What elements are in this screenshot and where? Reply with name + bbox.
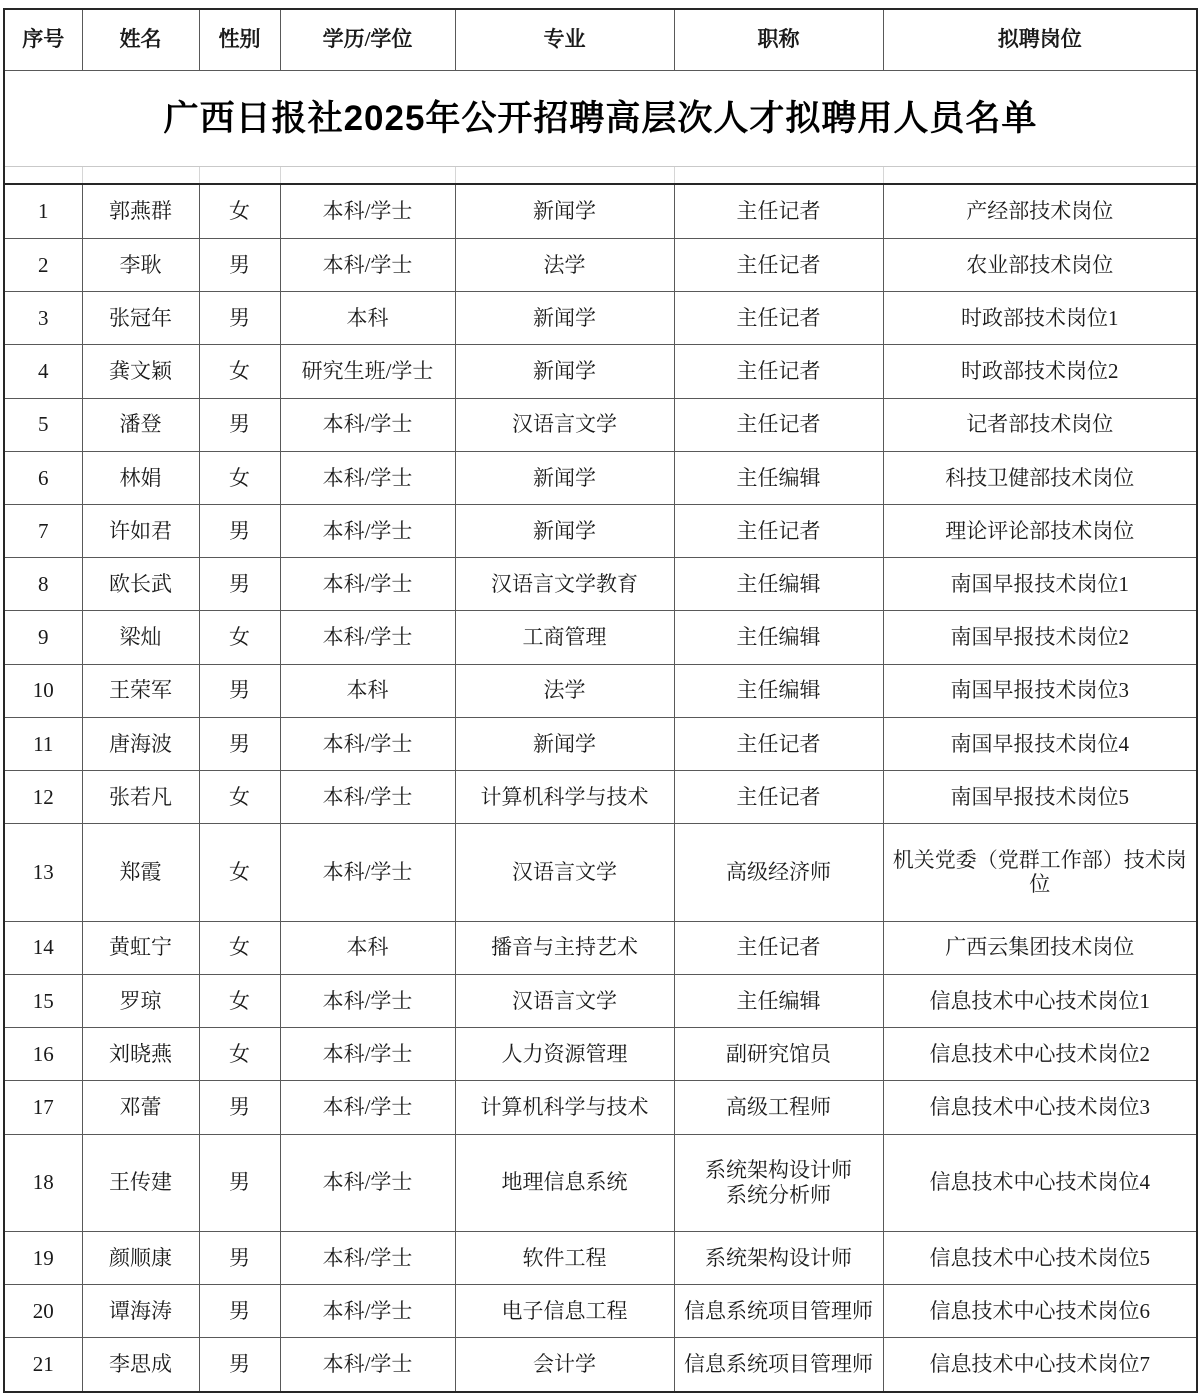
cell-job_title: 主任记者 (674, 505, 883, 558)
cell-name: 潘登 (82, 398, 199, 451)
cell-name: 黄虹宁 (82, 921, 199, 974)
header-cell-education: 学历/学位 (280, 9, 455, 70)
cell-major: 新闻学 (455, 184, 674, 238)
cell-name: 刘晓燕 (82, 1028, 199, 1081)
cell-gender: 女 (199, 1028, 280, 1081)
cell-name: 谭海涛 (82, 1285, 199, 1338)
cell-gender: 男 (199, 1134, 280, 1231)
cell-job_title: 主任记者 (674, 292, 883, 345)
cell-position: 信息技术中心技术岗位2 (883, 1028, 1197, 1081)
recruitment-roster-table: 广西日报社2025年公开招聘高层次人才拟聘用人员名单 序号 姓名 性别 学历/学… (3, 8, 1198, 1393)
cell-position: 信息技术中心技术岗位4 (883, 1134, 1197, 1231)
cell-major: 新闻学 (455, 451, 674, 504)
cell-major: 汉语言文学 (455, 824, 674, 921)
cell-position: 信息技术中心技术岗位6 (883, 1285, 1197, 1338)
cell-job_title: 主任记者 (674, 771, 883, 824)
table-row: 19颜顺康男本科/学士软件工程系统架构设计师信息技术中心技术岗位5 (4, 1231, 1197, 1284)
cell-no: 20 (4, 1285, 82, 1338)
header-row: 序号 姓名 性别 学历/学位 专业 职称 拟聘岗位 (4, 9, 1197, 70)
cell-gender: 男 (199, 1231, 280, 1284)
header-cell-job-title: 职称 (674, 9, 883, 70)
cell-education: 本科/学士 (280, 451, 455, 504)
table-header: 序号 姓名 性别 学历/学位 专业 职称 拟聘岗位 (4, 9, 1197, 70)
cell-education: 本科/学士 (280, 974, 455, 1027)
cell-education: 本科/学士 (280, 717, 455, 770)
cell-gender: 男 (199, 292, 280, 345)
cell-major: 会计学 (455, 1338, 674, 1392)
cell-gender: 女 (199, 184, 280, 238)
cell-gender: 男 (199, 717, 280, 770)
table-row: 2李耿男本科/学士法学主任记者农业部技术岗位 (4, 238, 1197, 291)
cell-job_title: 主任编辑 (674, 974, 883, 1027)
cell-position: 农业部技术岗位 (883, 238, 1197, 291)
cell-position: 信息技术中心技术岗位3 (883, 1081, 1197, 1134)
cell-name: 梁灿 (82, 611, 199, 664)
cell-position: 信息技术中心技术岗位1 (883, 974, 1197, 1027)
cell-gender: 男 (199, 1081, 280, 1134)
cell-no: 8 (4, 558, 82, 611)
cell-education: 本科 (280, 664, 455, 717)
cell-job_title: 系统架构设计师 (674, 1231, 883, 1284)
table-row: 16刘晓燕女本科/学士人力资源管理副研究馆员信息技术中心技术岗位2 (4, 1028, 1197, 1081)
table-body: 1郭燕群女本科/学士新闻学主任记者产经部技术岗位2李耿男本科/学士法学主任记者农… (4, 184, 1197, 1392)
cell-job_title: 副研究馆员 (674, 1028, 883, 1081)
table-row: 11唐海波男本科/学士新闻学主任记者南国早报技术岗位4 (4, 717, 1197, 770)
cell-no: 17 (4, 1081, 82, 1134)
cell-position: 南国早报技术岗位5 (883, 771, 1197, 824)
cell-name: 郭燕群 (82, 184, 199, 238)
cell-no: 13 (4, 824, 82, 921)
cell-major: 法学 (455, 664, 674, 717)
table-row: 4龚文颖女研究生班/学士新闻学主任记者时政部技术岗位2 (4, 345, 1197, 398)
cell-job_title: 主任记者 (674, 921, 883, 974)
cell-position: 南国早报技术岗位2 (883, 611, 1197, 664)
title-section: 广西日报社2025年公开招聘高层次人才拟聘用人员名单 (4, 70, 1197, 184)
cell-name: 罗琼 (82, 974, 199, 1027)
cell-job_title: 主任编辑 (674, 611, 883, 664)
cell-education: 本科 (280, 921, 455, 974)
cell-name: 邓蕾 (82, 1081, 199, 1134)
header-cell-major: 专业 (455, 9, 674, 70)
cell-position: 广西云集团技术岗位 (883, 921, 1197, 974)
gap-row (4, 167, 1197, 185)
cell-no: 18 (4, 1134, 82, 1231)
cell-major: 人力资源管理 (455, 1028, 674, 1081)
table-row: 3张冠年男本科新闻学主任记者时政部技术岗位1 (4, 292, 1197, 345)
header-cell-name: 姓名 (82, 9, 199, 70)
table-row: 18王传建男本科/学士地理信息系统系统架构设计师 系统分析师信息技术中心技术岗位… (4, 1134, 1197, 1231)
cell-major: 汉语言文学 (455, 974, 674, 1027)
cell-no: 21 (4, 1338, 82, 1392)
cell-name: 王传建 (82, 1134, 199, 1231)
cell-gender: 男 (199, 505, 280, 558)
table-row: 12张若凡女本科/学士计算机科学与技术主任记者南国早报技术岗位5 (4, 771, 1197, 824)
cell-position: 信息技术中心技术岗位5 (883, 1231, 1197, 1284)
cell-gender: 女 (199, 345, 280, 398)
header-cell-position: 拟聘岗位 (883, 9, 1197, 70)
cell-job_title: 主任编辑 (674, 451, 883, 504)
header-cell-no: 序号 (4, 9, 82, 70)
cell-major: 新闻学 (455, 505, 674, 558)
cell-major: 新闻学 (455, 345, 674, 398)
cell-no: 19 (4, 1231, 82, 1284)
cell-position: 科技卫健部技术岗位 (883, 451, 1197, 504)
cell-gender: 男 (199, 398, 280, 451)
cell-name: 王荣军 (82, 664, 199, 717)
cell-gender: 女 (199, 921, 280, 974)
cell-no: 7 (4, 505, 82, 558)
cell-no: 2 (4, 238, 82, 291)
cell-job_title: 主任编辑 (674, 664, 883, 717)
cell-job_title: 主任记者 (674, 717, 883, 770)
cell-no: 10 (4, 664, 82, 717)
cell-no: 6 (4, 451, 82, 504)
cell-major: 新闻学 (455, 292, 674, 345)
cell-name: 许如君 (82, 505, 199, 558)
cell-gender: 女 (199, 451, 280, 504)
cell-education: 本科 (280, 292, 455, 345)
title-row: 广西日报社2025年公开招聘高层次人才拟聘用人员名单 (4, 70, 1197, 167)
cell-gender: 男 (199, 558, 280, 611)
cell-position: 时政部技术岗位2 (883, 345, 1197, 398)
cell-major: 计算机科学与技术 (455, 1081, 674, 1134)
cell-education: 本科/学士 (280, 1231, 455, 1284)
table-row: 8欧长武男本科/学士汉语言文学教育主任编辑南国早报技术岗位1 (4, 558, 1197, 611)
cell-education: 本科/学士 (280, 1338, 455, 1392)
cell-name: 龚文颖 (82, 345, 199, 398)
cell-education: 本科/学士 (280, 238, 455, 291)
cell-education: 本科/学士 (280, 184, 455, 238)
cell-job_title: 高级工程师 (674, 1081, 883, 1134)
cell-major: 新闻学 (455, 717, 674, 770)
cell-gender: 女 (199, 771, 280, 824)
page-title: 广西日报社2025年公开招聘高层次人才拟聘用人员名单 (4, 70, 1197, 167)
cell-job_title: 信息系统项目管理师 (674, 1338, 883, 1392)
cell-education: 本科/学士 (280, 1285, 455, 1338)
cell-gender: 女 (199, 611, 280, 664)
cell-major: 汉语言文学 (455, 398, 674, 451)
cell-education: 本科/学士 (280, 1028, 455, 1081)
cell-no: 11 (4, 717, 82, 770)
cell-gender: 男 (199, 664, 280, 717)
cell-gender: 女 (199, 824, 280, 921)
cell-name: 郑霞 (82, 824, 199, 921)
table-row: 15罗琼女本科/学士汉语言文学主任编辑信息技术中心技术岗位1 (4, 974, 1197, 1027)
table-row: 14黄虹宁女本科播音与主持艺术主任记者广西云集团技术岗位 (4, 921, 1197, 974)
cell-position: 机关党委（党群工作部）技术岗位 (883, 824, 1197, 921)
cell-position: 南国早报技术岗位3 (883, 664, 1197, 717)
cell-major: 工商管理 (455, 611, 674, 664)
cell-no: 5 (4, 398, 82, 451)
cell-name: 林娟 (82, 451, 199, 504)
table-row: 1郭燕群女本科/学士新闻学主任记者产经部技术岗位 (4, 184, 1197, 238)
cell-education: 本科/学士 (280, 771, 455, 824)
cell-no: 4 (4, 345, 82, 398)
cell-major: 法学 (455, 238, 674, 291)
table-row: 10王荣军男本科法学主任编辑南国早报技术岗位3 (4, 664, 1197, 717)
cell-major: 汉语言文学教育 (455, 558, 674, 611)
cell-no: 15 (4, 974, 82, 1027)
cell-no: 9 (4, 611, 82, 664)
cell-job_title: 系统架构设计师 系统分析师 (674, 1134, 883, 1231)
cell-job_title: 高级经济师 (674, 824, 883, 921)
cell-no: 16 (4, 1028, 82, 1081)
cell-education: 研究生班/学士 (280, 345, 455, 398)
cell-name: 欧长武 (82, 558, 199, 611)
cell-job_title: 信息系统项目管理师 (674, 1285, 883, 1338)
cell-job_title: 主任记者 (674, 345, 883, 398)
cell-major: 软件工程 (455, 1231, 674, 1284)
cell-no: 12 (4, 771, 82, 824)
cell-education: 本科/学士 (280, 611, 455, 664)
cell-job_title: 主任记者 (674, 184, 883, 238)
cell-major: 播音与主持艺术 (455, 921, 674, 974)
cell-major: 地理信息系统 (455, 1134, 674, 1231)
cell-education: 本科/学士 (280, 558, 455, 611)
cell-gender: 男 (199, 1338, 280, 1392)
cell-name: 颜顺康 (82, 1231, 199, 1284)
table-row: 9梁灿女本科/学士工商管理主任编辑南国早报技术岗位2 (4, 611, 1197, 664)
cell-job_title: 主任记者 (674, 238, 883, 291)
cell-position: 产经部技术岗位 (883, 184, 1197, 238)
cell-no: 1 (4, 184, 82, 238)
table-row: 6林娟女本科/学士新闻学主任编辑科技卫健部技术岗位 (4, 451, 1197, 504)
cell-name: 李思成 (82, 1338, 199, 1392)
cell-education: 本科/学士 (280, 1134, 455, 1231)
header-cell-gender: 性别 (199, 9, 280, 70)
table-row: 7许如君男本科/学士新闻学主任记者理论评论部技术岗位 (4, 505, 1197, 558)
table-row: 13郑霞女本科/学士汉语言文学高级经济师机关党委（党群工作部）技术岗位 (4, 824, 1197, 921)
cell-education: 本科/学士 (280, 824, 455, 921)
cell-position: 记者部技术岗位 (883, 398, 1197, 451)
cell-major: 电子信息工程 (455, 1285, 674, 1338)
cell-position: 信息技术中心技术岗位7 (883, 1338, 1197, 1392)
cell-position: 南国早报技术岗位4 (883, 717, 1197, 770)
cell-education: 本科/学士 (280, 398, 455, 451)
cell-no: 14 (4, 921, 82, 974)
cell-name: 张冠年 (82, 292, 199, 345)
cell-position: 理论评论部技术岗位 (883, 505, 1197, 558)
cell-gender: 女 (199, 974, 280, 1027)
table-row: 5潘登男本科/学士汉语言文学主任记者记者部技术岗位 (4, 398, 1197, 451)
cell-education: 本科/学士 (280, 1081, 455, 1134)
cell-name: 李耿 (82, 238, 199, 291)
table-row: 17邓蕾男本科/学士计算机科学与技术高级工程师信息技术中心技术岗位3 (4, 1081, 1197, 1134)
table-row: 20谭海涛男本科/学士电子信息工程信息系统项目管理师信息技术中心技术岗位6 (4, 1285, 1197, 1338)
cell-gender: 男 (199, 1285, 280, 1338)
cell-position: 南国早报技术岗位1 (883, 558, 1197, 611)
cell-position: 时政部技术岗位1 (883, 292, 1197, 345)
cell-no: 3 (4, 292, 82, 345)
cell-gender: 男 (199, 238, 280, 291)
cell-name: 张若凡 (82, 771, 199, 824)
cell-job_title: 主任记者 (674, 398, 883, 451)
cell-name: 唐海波 (82, 717, 199, 770)
table-row: 21李思成男本科/学士会计学信息系统项目管理师信息技术中心技术岗位7 (4, 1338, 1197, 1392)
cell-education: 本科/学士 (280, 505, 455, 558)
cell-major: 计算机科学与技术 (455, 771, 674, 824)
cell-job_title: 主任编辑 (674, 558, 883, 611)
